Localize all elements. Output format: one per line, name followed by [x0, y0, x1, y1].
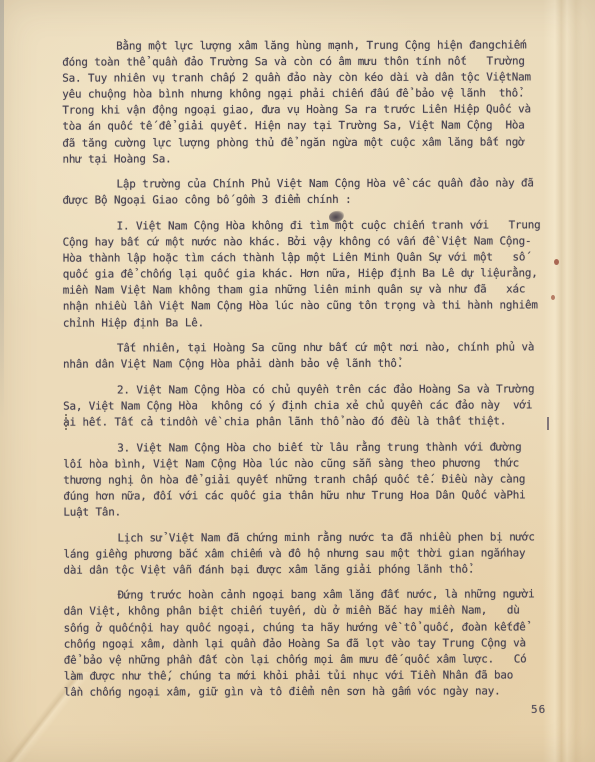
red-speck-1	[554, 259, 559, 265]
paper-crease-right	[543, 0, 583, 762]
paragraph-point-2: 2. Việt Nam Cộng Hòa có chủ quyền trên c…	[63, 381, 545, 431]
paragraph-lich-su: Lịch sử Việt Nam đã chứng minh rằng nước…	[63, 529, 545, 579]
paper-speck	[211, 610, 214, 613]
paragraph-point-1: I. Việt Nam Cộng Hòa không đi tìm một cu…	[63, 217, 545, 331]
paragraph-lap-truong: Lập trường của Chính Phủ Việt Nam Cộng H…	[62, 176, 544, 209]
paragraph-point-3: 3. Việt Nam Cộng Hòa cho biết từ lâu rằn…	[63, 439, 545, 521]
pencil-mark-left-margin	[65, 414, 67, 430]
scanned-document-page: Bằng một lực lượng xâm lăng hùng mạnh, T…	[0, 0, 595, 762]
paragraph-closing: Đứng trước hoàn cảnh ngoại bang xâm lăng…	[64, 587, 546, 701]
scanner-edge	[0, 0, 4, 420]
pencil-mark-right-margin	[547, 417, 549, 430]
red-speck-2	[551, 295, 555, 300]
typewritten-text-block: Bằng một lực lượng xâm lăng hùng mạnh, T…	[62, 37, 546, 710]
paragraph-intro: Bằng một lực lượng xâm lăng hùng mạnh, T…	[62, 37, 544, 167]
page-number: 56	[531, 703, 546, 716]
paragraph-tat-nhien: Tất nhiên, tại Hoàng Sa cũng như bất cứ …	[63, 339, 545, 372]
